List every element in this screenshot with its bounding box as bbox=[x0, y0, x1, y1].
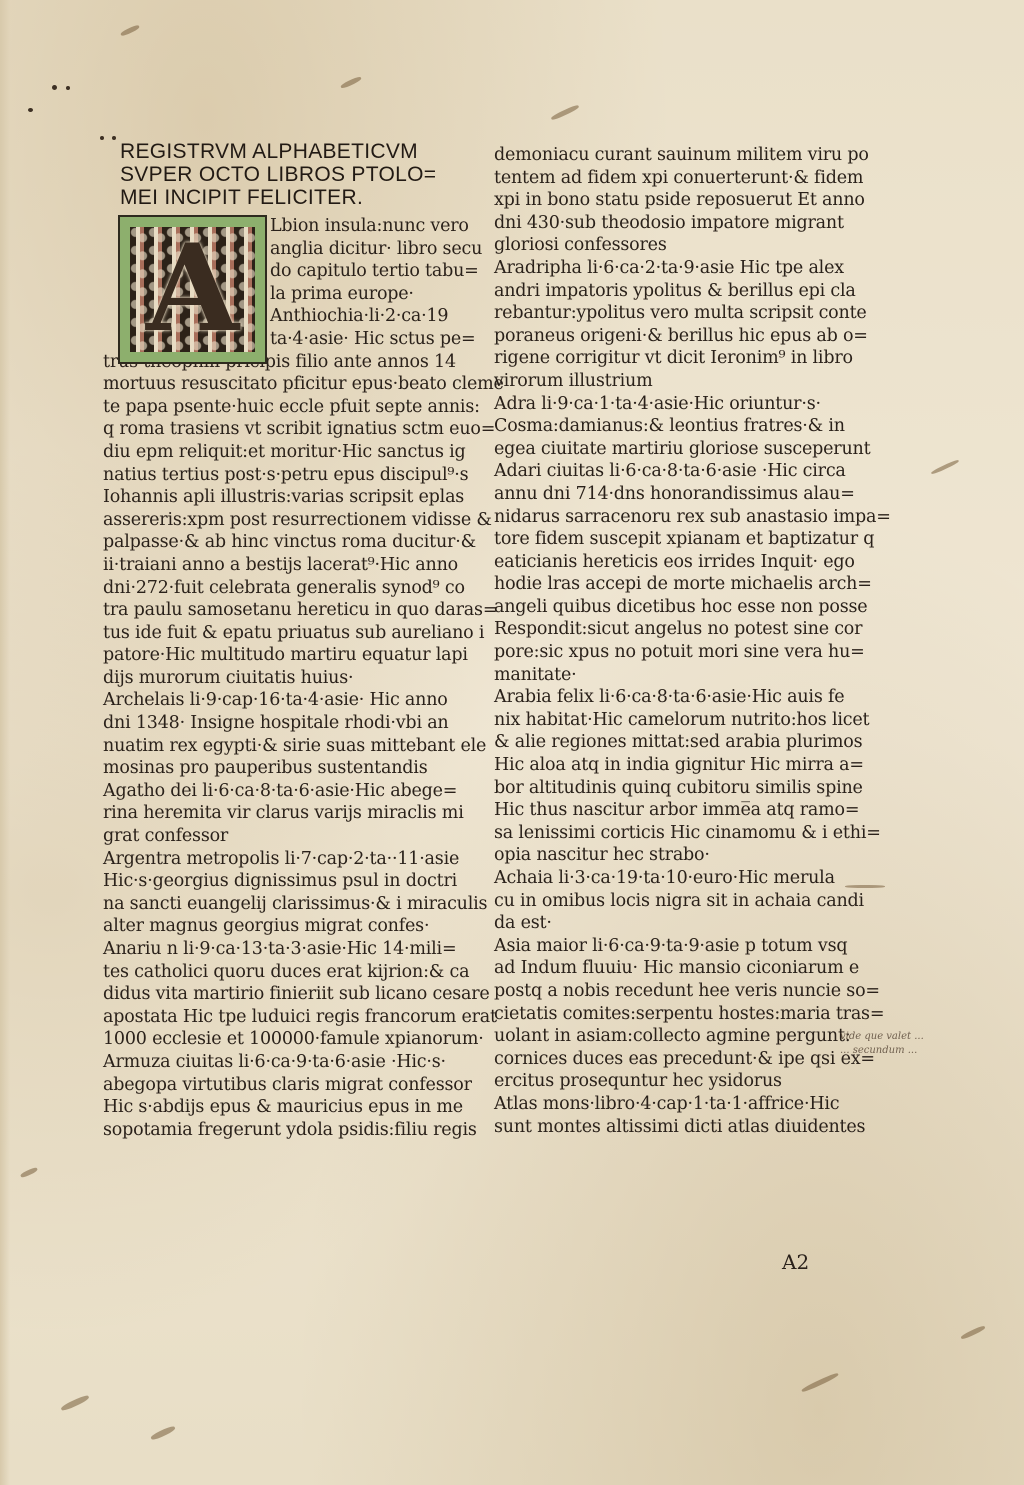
marginal-note-line: ... secundum ... bbox=[840, 1044, 1020, 1058]
worm-hole bbox=[550, 104, 579, 121]
text-line: mosinas pro pauperibus sustentandis bbox=[103, 757, 463, 780]
worm-hole bbox=[340, 76, 362, 90]
worm-hole bbox=[931, 459, 960, 475]
text-line: hodie lras accepi de morte michaelis arc… bbox=[494, 573, 844, 596]
text-line: annu dni 714·dns honorandissimus alau= bbox=[494, 483, 844, 506]
text-line: Hic aloa atq in india gignitur Hic mirra… bbox=[494, 754, 844, 777]
marginal-annotation: vide que valet ... ... secundum ... bbox=[840, 1030, 1020, 1058]
text-line: Hic·s·georgius dignissimus psul in doctr… bbox=[103, 870, 463, 893]
title-line: MEI INCIPIT FELICITER. bbox=[120, 186, 463, 209]
entry-heading-line: Aradripha li·6·ca·2·ta·9·asie Hic tpe al… bbox=[494, 257, 844, 280]
text-line: cietatis comites:serpentu hostes:maria t… bbox=[494, 1003, 844, 1026]
text-line: xpi in bono statu pside reposuerut Et an… bbox=[494, 189, 844, 212]
worm-hole bbox=[960, 1325, 986, 1341]
text-line: andri impatoris ypolitus & berillus epi … bbox=[494, 280, 844, 303]
text-line: uolant in asiam:collecto agmine pergunt: bbox=[494, 1025, 844, 1048]
text-line: mortuus resuscitato pficitur epus·beato … bbox=[103, 373, 463, 396]
text-line: patore·Hic multitudo martiru equatur lap… bbox=[103, 644, 463, 667]
entry-heading-line: Asia maior li·6·ca·9·ta·9·asie p totum v… bbox=[494, 935, 844, 958]
text-line: dni·272·fuit celebrata generalis synod⁹ … bbox=[103, 577, 463, 600]
text-line: tentem ad fidem xpi conuerterunt·& fidem bbox=[494, 167, 844, 190]
manuscript-page: REGISTRVM ALPHABETICVM SVPER OCTO LIBROS… bbox=[0, 0, 1024, 1485]
text-line: nix habitat·Hic camelorum nutrito:hos li… bbox=[494, 709, 844, 732]
text-line: assereris:xpm post resurrectionem vidiss… bbox=[103, 509, 463, 532]
text-line: Cosma:damianus:& leontius fratres·& in bbox=[494, 415, 844, 438]
title-line: REGISTRVM ALPHABETICVM bbox=[120, 140, 463, 163]
text-line: eaticianis hereticis eos irrides Inquit·… bbox=[494, 551, 844, 574]
text-line: didus vita martirio finieriit sub licano… bbox=[103, 983, 463, 1006]
text-line: q roma trasiens vt scribit ignatius sctm… bbox=[103, 418, 463, 441]
worm-hole bbox=[150, 1425, 176, 1441]
entry-heading-line: Argentra metropolis li·7·cap·2·ta··11·as… bbox=[103, 848, 463, 871]
text-line: abegopa virtutibus claris migrat confess… bbox=[103, 1074, 463, 1097]
text-line: natius tertius post·s·petru epus discipu… bbox=[103, 464, 463, 487]
text-line: grat confessor bbox=[103, 825, 463, 848]
text-line: sopotamia fregerunt ydola psidis:filiu r… bbox=[103, 1119, 463, 1142]
worm-hole bbox=[845, 885, 885, 888]
text-line: na sancti euangelij clarissimus·& i mira… bbox=[103, 893, 463, 916]
ink-speck bbox=[66, 86, 70, 90]
initial-letter: A bbox=[130, 227, 255, 352]
text-line: da est· bbox=[494, 912, 844, 935]
worm-hole bbox=[20, 1166, 38, 1178]
text-line: cornices duces eas precedunt·& ipe qsi e… bbox=[494, 1048, 844, 1071]
text-line: postq a nobis recedunt hee veris nuncie … bbox=[494, 980, 844, 1003]
entry-heading-line: Achaia li·3·ca·19·ta·10·euro·Hic merula bbox=[494, 867, 844, 890]
text-line: rebantur:ypolitus vero multa scripsit co… bbox=[494, 302, 844, 325]
text-line: demoniacu curant sauinum militem viru po bbox=[494, 144, 844, 167]
text-line: egea ciuitate martiriu gloriose susceper… bbox=[494, 438, 844, 461]
text-line: rigene corrigitur vt dicit Ieronim⁹ in l… bbox=[494, 347, 844, 370]
text-line: te papa psente·huic eccle pfuit septe an… bbox=[103, 396, 463, 419]
text-line: tes catholici quoru duces erat kijrion:&… bbox=[103, 961, 463, 984]
page-edge bbox=[0, 0, 10, 1485]
text-line: nidarus sarracenoru rex sub anastasio im… bbox=[494, 506, 844, 529]
text-line: Iohannis apli illustris:varias scripsit … bbox=[103, 486, 463, 509]
text-line: pore:sic xpus no potuit mori sine vera h… bbox=[494, 641, 844, 664]
text-line: rina heremita vir clarus varijs miraclis… bbox=[103, 802, 463, 825]
text-line: gloriosi confessores bbox=[494, 234, 844, 257]
text-line: manitate· bbox=[494, 664, 844, 687]
worm-hole bbox=[60, 1394, 90, 1412]
text-line: ercitus prosequntur hec ysidorus bbox=[494, 1070, 844, 1093]
text-line: ii·traiani anno a bestijs lacerat⁹·Hic a… bbox=[103, 554, 463, 577]
text-line: bor altitudinis quinq cubitoru similis s… bbox=[494, 777, 844, 800]
text-line: sa lenissimi corticis Hic cinamomu & i e… bbox=[494, 822, 844, 845]
entry-heading-line: Anariu n li·9·ca·13·ta·3·asie·Hic 14·mil… bbox=[103, 938, 463, 961]
left-column: REGISTRVM ALPHABETICVM SVPER OCTO LIBROS… bbox=[103, 140, 463, 1141]
worm-hole bbox=[801, 1372, 839, 1393]
entry-heading-line: Arabia felix li·6·ca·8·ta·6·asie·Hic aui… bbox=[494, 686, 844, 709]
text-line: ad Indum fluuiu· Hic mansio ciconiarum e bbox=[494, 957, 844, 980]
ink-speck bbox=[28, 108, 33, 112]
text-line: Hic s·abdijs epus & mauricius epus in me bbox=[103, 1096, 463, 1119]
text-line: 1000 ecclesie et 100000·famule xpianorum… bbox=[103, 1028, 463, 1051]
text-line: tus ide fuit & epatu priuatus sub aureli… bbox=[103, 622, 463, 645]
ink-speck bbox=[52, 85, 57, 90]
text-line: apostata Hic tpe luduici regis francorum… bbox=[103, 1006, 463, 1029]
entry-heading-line: Adra li·9·ca·1·ta·4·asie·Hic oriuntur·s· bbox=[494, 393, 844, 416]
text-line: tore fidem suscepit xpianam et baptizatu… bbox=[494, 528, 844, 551]
text-line: opia nascitur hec strabo· bbox=[494, 844, 844, 867]
text-line: virorum illustrium bbox=[494, 370, 844, 393]
text-line: poraneus origeni·& berillus hic epus ab … bbox=[494, 325, 844, 348]
text-line: angeli quibus dicetibus hoc esse non pos… bbox=[494, 596, 844, 619]
signature-mark: A2 bbox=[782, 1250, 809, 1274]
marginal-note-line: vide que valet ... bbox=[840, 1030, 1020, 1044]
text-line: & alie regiones mittat:sed arabia plurim… bbox=[494, 731, 844, 754]
entry-heading-line: Armuza ciuitas li·6·ca·9·ta·6·asie ·Hic·… bbox=[103, 1051, 463, 1074]
illuminated-initial: A bbox=[120, 217, 265, 362]
text-line: Respondit:sicut angelus no potest sine c… bbox=[494, 618, 844, 641]
entry-heading-line: Agatho dei li·6·ca·8·ta·6·asie·Hic abege… bbox=[103, 780, 463, 803]
entry-heading-line: Archelais li·9·cap·16·ta·4·asie· Hic ann… bbox=[103, 689, 463, 712]
text-line: palpasse·& ab hinc vinctus roma ducitur·… bbox=[103, 531, 463, 554]
text-line: diu epm reliquit:et moritur·Hic sanctus … bbox=[103, 441, 463, 464]
text-line: sunt montes altissimi dicti atlas diuide… bbox=[494, 1116, 844, 1139]
text-line: tra paulu samosetanu hereticu in quo dar… bbox=[103, 599, 463, 622]
text-line: cu in omibus locis nigra sit in achaia c… bbox=[494, 890, 844, 913]
text-line: Hic thus nascitur arbor imme̅a atq ramo= bbox=[494, 799, 844, 822]
entry-heading-line: Adari ciuitas li·6·ca·8·ta·6·asie ·Hic c… bbox=[494, 460, 844, 483]
page-title: REGISTRVM ALPHABETICVM SVPER OCTO LIBROS… bbox=[120, 140, 463, 209]
entry-heading-line: Atlas mons·libro·4·cap·1·ta·1·affrice·Hi… bbox=[494, 1093, 844, 1116]
text-line: dni 1348· Insigne hospitale rhodi·vbi an bbox=[103, 712, 463, 735]
text-line: nuatim rex egypti·& sirie suas mittebant… bbox=[103, 735, 463, 758]
title-line: SVPER OCTO LIBROS PTOLO= bbox=[120, 163, 463, 186]
worm-hole bbox=[120, 24, 140, 37]
text-line: alter magnus georgius migrat confes· bbox=[103, 915, 463, 938]
text-line: dijs murorum ciuitatis huius· bbox=[103, 667, 463, 690]
text-line: dni 430·sub theodosio impatore migrant bbox=[494, 212, 844, 235]
right-column: demoniacu curant sauinum militem viru po… bbox=[494, 144, 844, 1138]
